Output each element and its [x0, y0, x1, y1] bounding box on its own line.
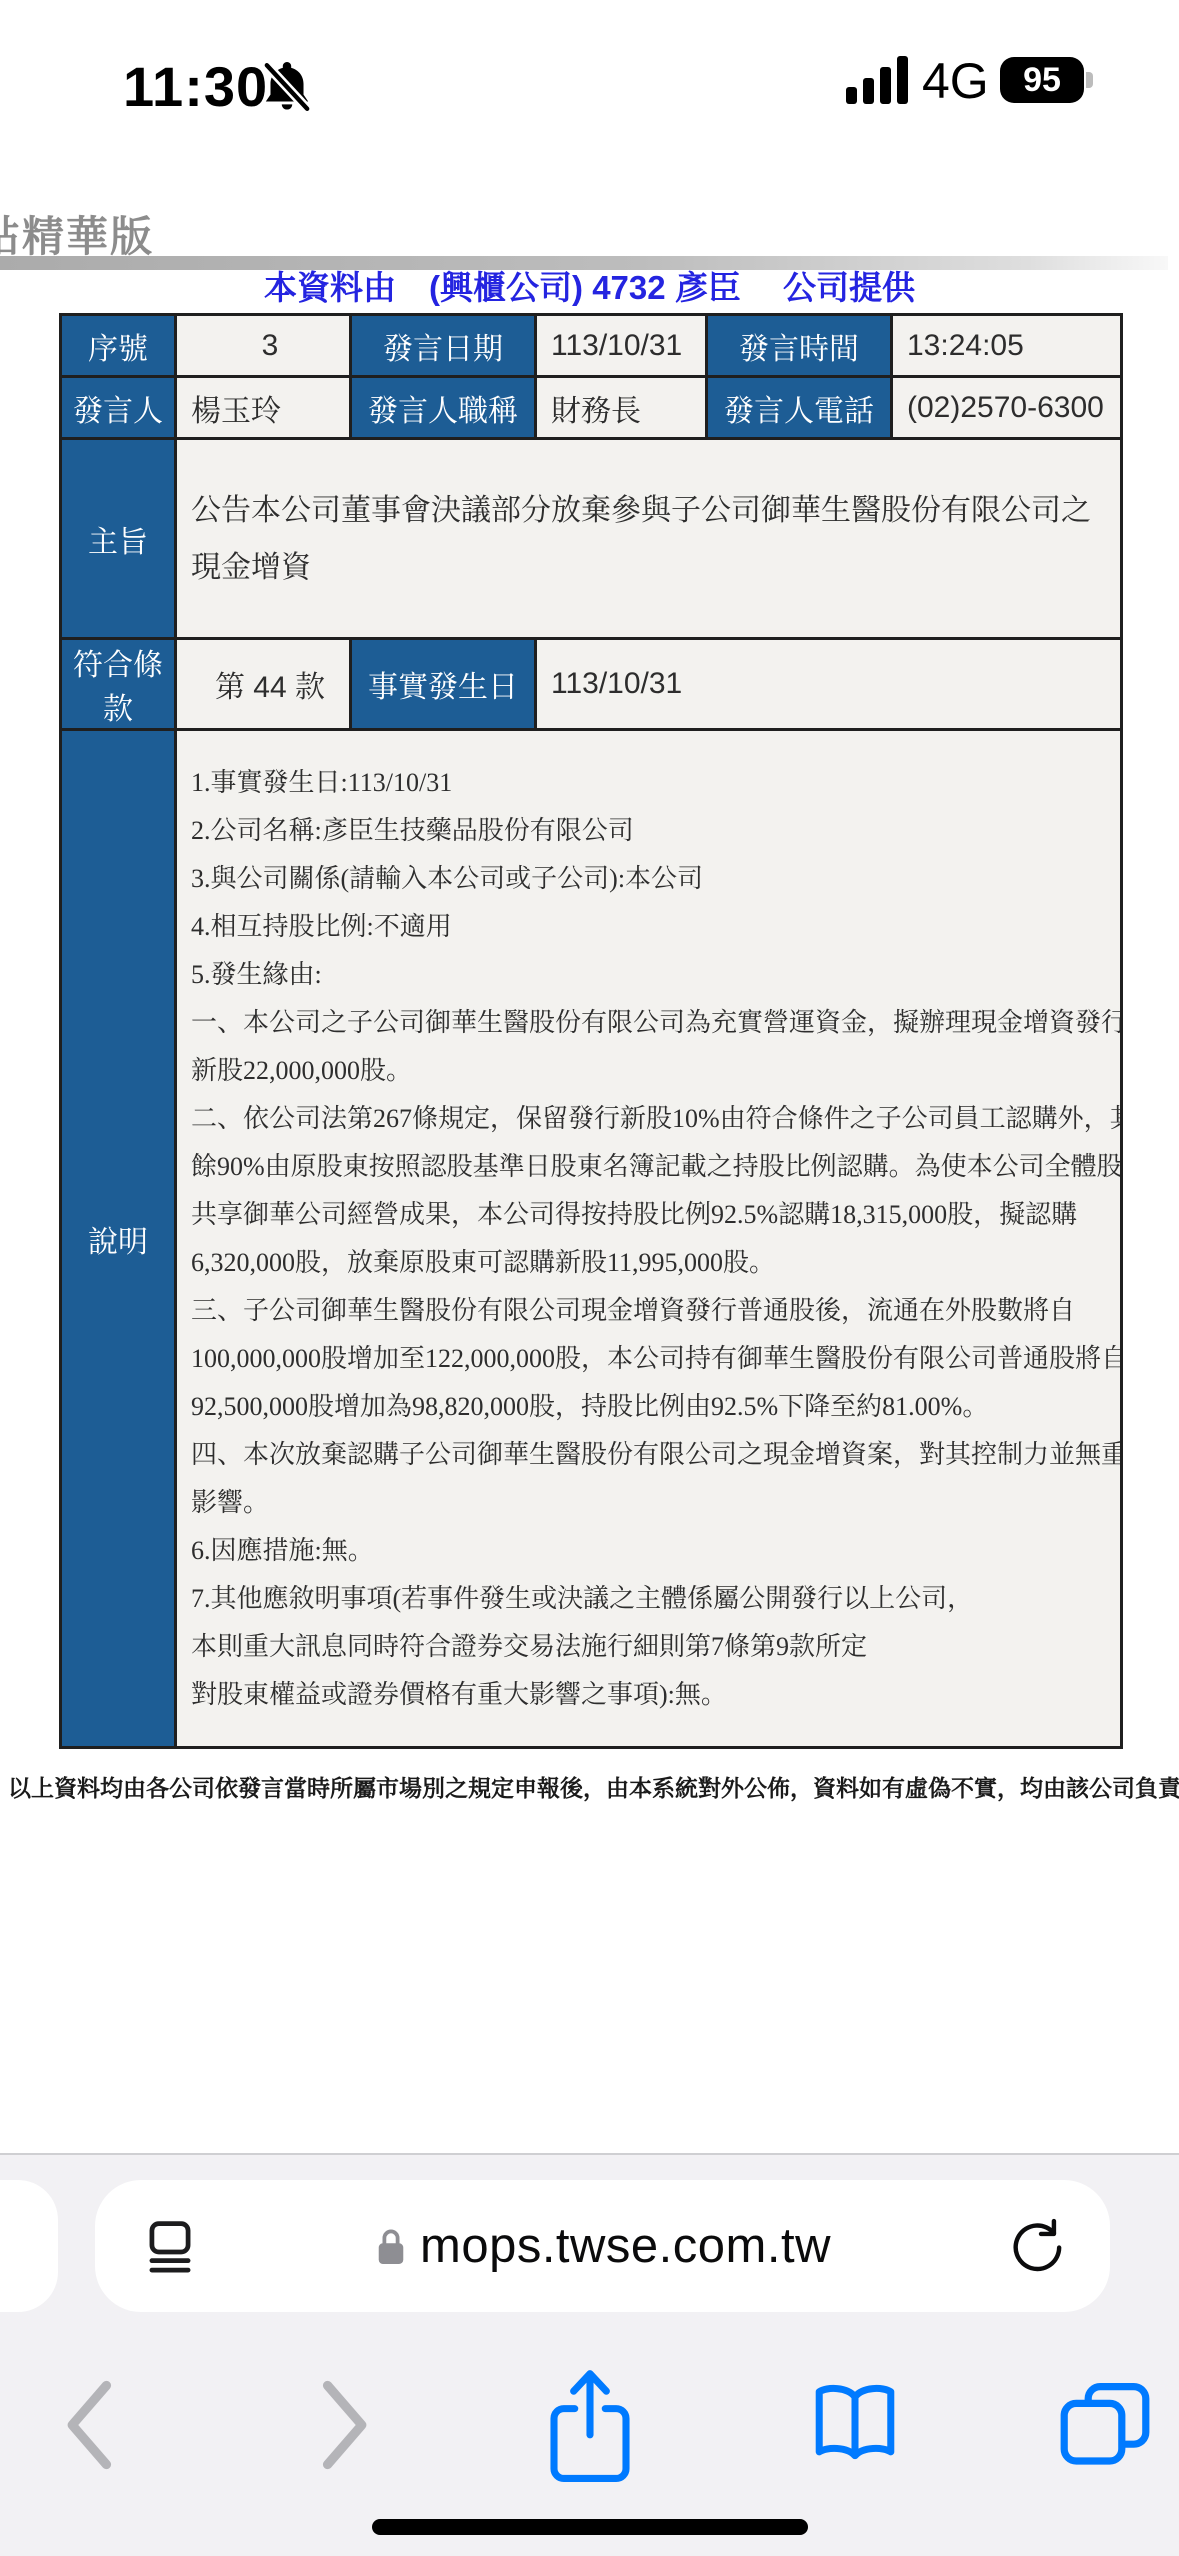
description-line: 7.其他應敘明事項(若事件發生或決議之主體係屬公開發行以上公司，: [191, 1575, 1120, 1623]
description-line: 一、本公司之子公司御華生醫股份有限公司為充實營運資金，擬辦理現金增資發行: [191, 999, 1120, 1047]
description-line: 100,000,000股增加至122,000,000股，本公司持有御華生醫股份有…: [191, 1335, 1120, 1383]
network-type-label: 4G: [922, 52, 989, 110]
speaker-title-label: 發言人職稱: [351, 377, 536, 439]
provider-line: 本資料由 (興櫃公司) 4732 彥臣 公司提供: [0, 262, 1179, 309]
site-banner-text: 站精華版: [0, 204, 154, 264]
description-line: 影響。: [191, 1479, 1120, 1527]
seq-label: 序號: [61, 315, 176, 377]
description-value: 1.事實發生日:113/10/312.公司名稱:彥臣生技藥品股份有限公司3.與公…: [176, 730, 1122, 1748]
phone-label: 發言人電話: [707, 377, 892, 439]
speaker-value: 楊玉玲: [176, 377, 351, 439]
tabs-button[interactable]: [1045, 2365, 1165, 2485]
disclaimer-text: 以上資料均由各公司依發言當時所屬市場別之規定申報後，由本系統對外公佈，資料如有虛…: [8, 1770, 1174, 1803]
table-row: 發言人 楊玉玲 發言人職稱 財務長 發言人電話 (02)2570-6300: [61, 377, 1122, 439]
description-line: 4.相互持股比例:不適用: [191, 903, 1120, 951]
description-label: 說明: [61, 730, 176, 1748]
forward-button[interactable]: [286, 2365, 406, 2485]
description-line: 四、本次放棄認購子公司御華生醫股份有限公司之現金增資案，對其控制力並無重大: [191, 1431, 1120, 1479]
description-line: 本則重大訊息同時符合證券交易法施行細則第7條第9款所定: [191, 1623, 1120, 1671]
date-label: 發言日期: [351, 315, 536, 377]
clause-value: 第 44 款: [176, 639, 351, 730]
signal-bars-icon: [846, 56, 910, 104]
speaker-title-value: 財務長: [536, 377, 707, 439]
description-line: 5.發生緣由:: [191, 951, 1120, 999]
book-icon: [809, 2379, 901, 2471]
description-line: 新股22,000,000股。: [191, 1047, 1120, 1095]
description-line: 92,500,000股增加為98,820,000股，持股比例由92.5%下降至約…: [191, 1383, 1120, 1431]
table-row: 符合條款 第 44 款 事實發生日 113/10/31: [61, 639, 1122, 730]
description-line: 3.與公司關係(請輸入本公司或子公司):本公司: [191, 855, 1120, 903]
chevron-right-icon: [317, 2377, 375, 2473]
bell-slash-icon: [258, 58, 316, 116]
share-icon: [538, 2365, 642, 2485]
phone-value: (02)2570-6300: [892, 377, 1122, 439]
speaker-label: 發言人: [61, 377, 176, 439]
description-line: 共享御華公司經營成果，本公司得按持股比例92.5%認購18,315,000股，擬…: [191, 1191, 1120, 1239]
previous-tab-peek[interactable]: [0, 2180, 58, 2312]
description-line: 對股東權益或證券價格有重大影響之事項):無。: [191, 1671, 1120, 1719]
share-button[interactable]: [530, 2365, 650, 2485]
description-line: 2.公司名稱:彥臣生技藥品股份有限公司: [191, 807, 1120, 855]
announcement-table: 序號 3 發言日期 113/10/31 發言時間 13:24:05 發言人 楊玉…: [59, 313, 1123, 1749]
url-text: mops.twse.com.tw: [420, 2218, 831, 2274]
description-line: 6,320,000股，放棄原股東可認購新股11,995,000股。: [191, 1239, 1120, 1287]
home-indicator[interactable]: [372, 2519, 808, 2535]
description-line: 三、子公司御華生醫股份有限公司現金增資發行普通股後，流通在外股數將自: [191, 1287, 1120, 1335]
time-value: 13:24:05: [892, 315, 1122, 377]
time-label: 發言時間: [707, 315, 892, 377]
fact-date-label: 事實發生日: [351, 639, 536, 730]
fact-date-value: 113/10/31: [536, 639, 1122, 730]
status-time: 11:30: [123, 54, 268, 119]
clause-label: 符合條款: [61, 639, 176, 730]
url-field[interactable]: mops.twse.com.tw: [95, 2218, 1110, 2274]
reload-icon[interactable]: [1008, 2216, 1066, 2276]
seq-value: 3: [176, 315, 351, 377]
chevron-left-icon: [59, 2377, 117, 2473]
iphone-screen: 11:30 4G 95 站精華版 本資料由 (興櫃公司) 4732 彥臣 公司提…: [0, 0, 1179, 2556]
back-button[interactable]: [28, 2365, 148, 2485]
table-row: 主旨 公告本公司董事會決議部分放棄參與子公司御華生醫股份有限公司之現金增資: [61, 439, 1122, 639]
battery-percent: 95: [1023, 61, 1061, 100]
description-line: 6.因應措施:無。: [191, 1527, 1120, 1575]
subject-label: 主旨: [61, 439, 176, 639]
lock-icon: [374, 2225, 408, 2269]
table-row: 說明 1.事實發生日:113/10/312.公司名稱:彥臣生技藥品股份有限公司3…: [61, 730, 1122, 1748]
description-line: 餘90%由原股東按照認股基準日股東名簿記載之持股比例認購。為使本公司全體股東: [191, 1143, 1120, 1191]
date-value: 113/10/31: [536, 315, 707, 377]
bookmarks-button[interactable]: [795, 2365, 915, 2485]
battery-icon: 95: [1000, 57, 1084, 103]
description-line: 1.事實發生日:113/10/31: [191, 759, 1120, 807]
url-bar[interactable]: mops.twse.com.tw: [95, 2180, 1110, 2312]
description-line: 二、依公司法第267條規定，保留發行新股10%由符合條件之子公司員工認購外，其: [191, 1095, 1120, 1143]
subject-value: 公告本公司董事會決議部分放棄參與子公司御華生醫股份有限公司之現金增資: [176, 439, 1122, 639]
browser-bottom-bar: mops.twse.com.tw: [0, 2153, 1179, 2556]
tabs-icon: [1057, 2379, 1153, 2471]
table-row: 序號 3 發言日期 113/10/31 發言時間 13:24:05: [61, 315, 1122, 377]
